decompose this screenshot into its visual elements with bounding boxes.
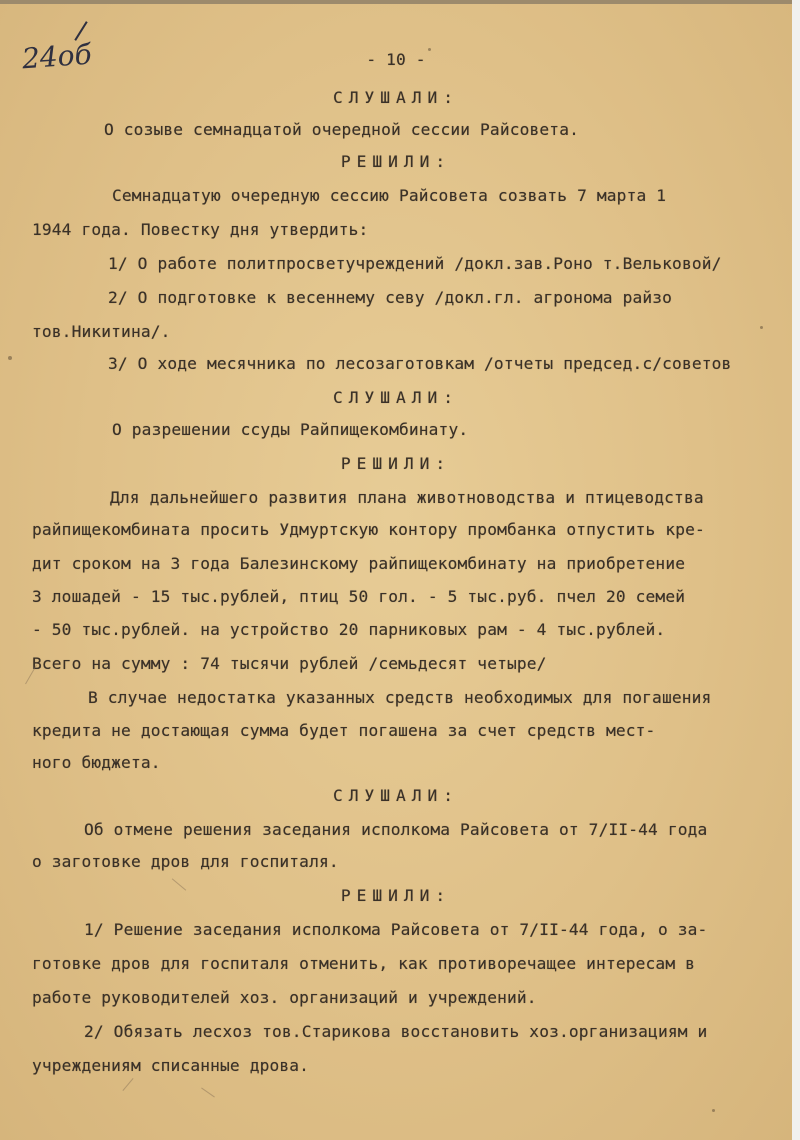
paper-scratch — [25, 665, 37, 685]
decided-line: дит сроком на 3 года Балезинскому райпищ… — [32, 554, 685, 573]
decided-line: Семнадцатую очередную сессию Райсовета с… — [112, 186, 666, 205]
paper-speck — [428, 48, 431, 51]
decided-line: - 50 тыс.рублей. на устройство 20 парник… — [32, 620, 665, 639]
paper-speck — [760, 326, 763, 329]
heard-heading-2: СЛУШАЛИ: — [0, 388, 792, 407]
decision-item-2-cont: учреждениям списанные дрова. — [32, 1056, 309, 1075]
paper-speck — [712, 1109, 715, 1112]
decided-heading-2: РЕШИЛИ: — [0, 454, 792, 473]
decision-item-2: 2/ Обязать лесхоз тов.Старикова восстано… — [84, 1022, 707, 1041]
decided-line: В случае недостатка указанных средств не… — [88, 688, 711, 707]
heard-text-2: О разрешении ссуды Райпищекомбинату. — [112, 420, 468, 439]
agenda-item-1: 1/ О работе политпросветучреждений /докл… — [108, 254, 722, 273]
heard-heading-3: СЛУШАЛИ: — [0, 786, 792, 805]
scan-margin — [792, 0, 800, 1140]
paper-speck — [8, 356, 12, 360]
decided-line: кредита не достающая сумма будет погашен… — [32, 721, 655, 740]
heard-text-1: О созыве семнадцатой очередной сессии Ра… — [104, 120, 579, 139]
paper-scratch — [201, 1088, 215, 1098]
decided-line: ного бюджета. — [32, 753, 161, 772]
decided-line: 3 лошадей - 15 тыс.рублей, птиц 50 гол. … — [32, 587, 685, 606]
heard-heading-1: СЛУШАЛИ: — [0, 88, 792, 107]
decision-item-1-cont: работе руководителей хоз. организаций и … — [32, 988, 537, 1007]
paper-scratch — [122, 1078, 133, 1091]
decided-line: Для дальнейшего развития плана животново… — [110, 488, 704, 507]
decided-heading-1: РЕШИЛИ: — [0, 152, 792, 171]
agenda-item-2-cont: тов.Никитина/. — [32, 322, 171, 341]
agenda-item-3: 3/ О ходе месячника по лесозаготовкам /о… — [108, 354, 731, 373]
document-page: 24об - 10 - СЛУШАЛИ: О созыве семнадцато… — [0, 0, 792, 1140]
decided-total: Всего на сумму : 74 тысячи рублей /семьд… — [32, 654, 547, 673]
decided-line: райпищекомбината просить Удмуртскую конт… — [32, 520, 705, 539]
decision-item-1: 1/ Решение заседания исполкома Райсовета… — [84, 920, 707, 939]
heard-line: о заготовке дров для госпиталя. — [32, 852, 339, 871]
agenda-item-2: 2/ О подготовке к весеннему севу /докл.г… — [108, 288, 672, 307]
decided-heading-3: РЕШИЛИ: — [0, 886, 792, 905]
page-number: - 10 - — [0, 50, 792, 69]
decided-line: 1944 года. Повестку дня утвердить: — [32, 220, 368, 239]
heard-line: Об отмене решения заседания исполкома Ра… — [84, 820, 707, 839]
decision-item-1-cont: готовке дров для госпиталя отменить, как… — [32, 954, 695, 973]
